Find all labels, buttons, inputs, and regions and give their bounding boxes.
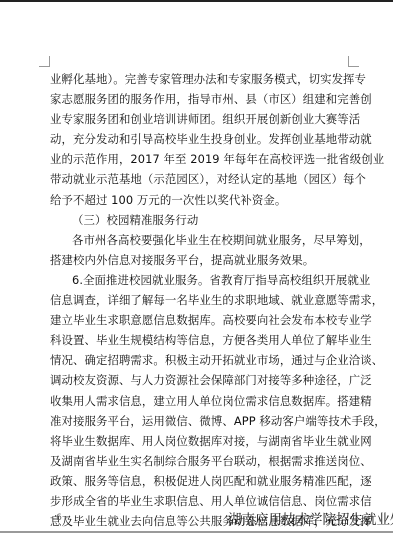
- text-line: 业的示范作用，2017 年至 2019 年每年在高校评选一批省级创业: [50, 149, 346, 169]
- text-line: 科设置、毕业生规模结构等信息，方便各类用人单位了解毕业生: [50, 330, 346, 350]
- text-line: 带动就业示范基地（示范园区），对经认定的基地（园区）每个: [50, 169, 346, 189]
- text-line: 业孵化基地）。完善专家管理办法和专家服务模式，切实发挥专: [50, 69, 346, 89]
- text-line: 情况、确定招聘需求。积极主动开拓就业市场，通过与企业洽谈、: [50, 350, 346, 370]
- text-line: 搭建校内外信息对接服务平台，提高就业服务效果。: [50, 250, 346, 270]
- page-number: - 6 -: [50, 513, 68, 523]
- text-line: 6.全面推进校园就业服务。省教育厅指导高校组织开展就业: [50, 270, 346, 290]
- top-border: [0, 0, 393, 2]
- text-line: 收集用人需求信息，建立用人单位岗位需求信息数据库。搭建精: [50, 391, 346, 411]
- crop-mark-top-left: [39, 56, 50, 67]
- text-line: 业专家服务团和创业培训讲师团。组织开展创新创业大赛等活: [50, 109, 346, 129]
- text-line: 动，充分发动和引导高校毕业生投身创业。发挥创业基地带动就: [50, 129, 346, 149]
- text-line: 政策、服务等信息，积极促进人岗匹配和就业服务精准匹配，逐: [50, 471, 346, 491]
- text-line: 及湖南省毕业生实名制综合服务平台联动，根据需求推送岗位、: [50, 451, 346, 471]
- document-body: 业孵化基地）。完善专家管理办法和专家服务模式，切实发挥专 家志愿服务团的服务作用…: [50, 69, 346, 531]
- crop-mark-top-right: [348, 56, 359, 67]
- text-line: 准对接服务平台，运用微信、微博、APP 移动客户端等技术手段，: [50, 411, 346, 431]
- text-line: 家志愿服务团的服务作用，指导市州、县（市区）组建和完善创: [50, 89, 346, 109]
- text-line: 各市州各高校要强化毕业生在校期间就业服务，尽早筹划，: [50, 230, 346, 250]
- text-line: 将毕业生数据库、用人岗位数据库对接，与湖南省毕业生就业网: [50, 431, 346, 451]
- text-line: 给予不超过 100 万元的一次性以奖代补资金。: [50, 190, 346, 210]
- text-line: 信息调查，详细了解每一名毕业生的求职地域、就业意愿等需求，: [50, 290, 346, 310]
- text-line: 建立毕业生求职意愿信息数据库。高校要向社会发布本校专业学: [50, 310, 346, 330]
- watermark: 湖南应用技术学院招生就业处: [228, 508, 393, 528]
- text-line: 调动校友资源、与人力资源社会保障部门对接等多种途径，广泛: [50, 370, 346, 390]
- section-heading: （三）校园精准服务行动: [50, 210, 346, 230]
